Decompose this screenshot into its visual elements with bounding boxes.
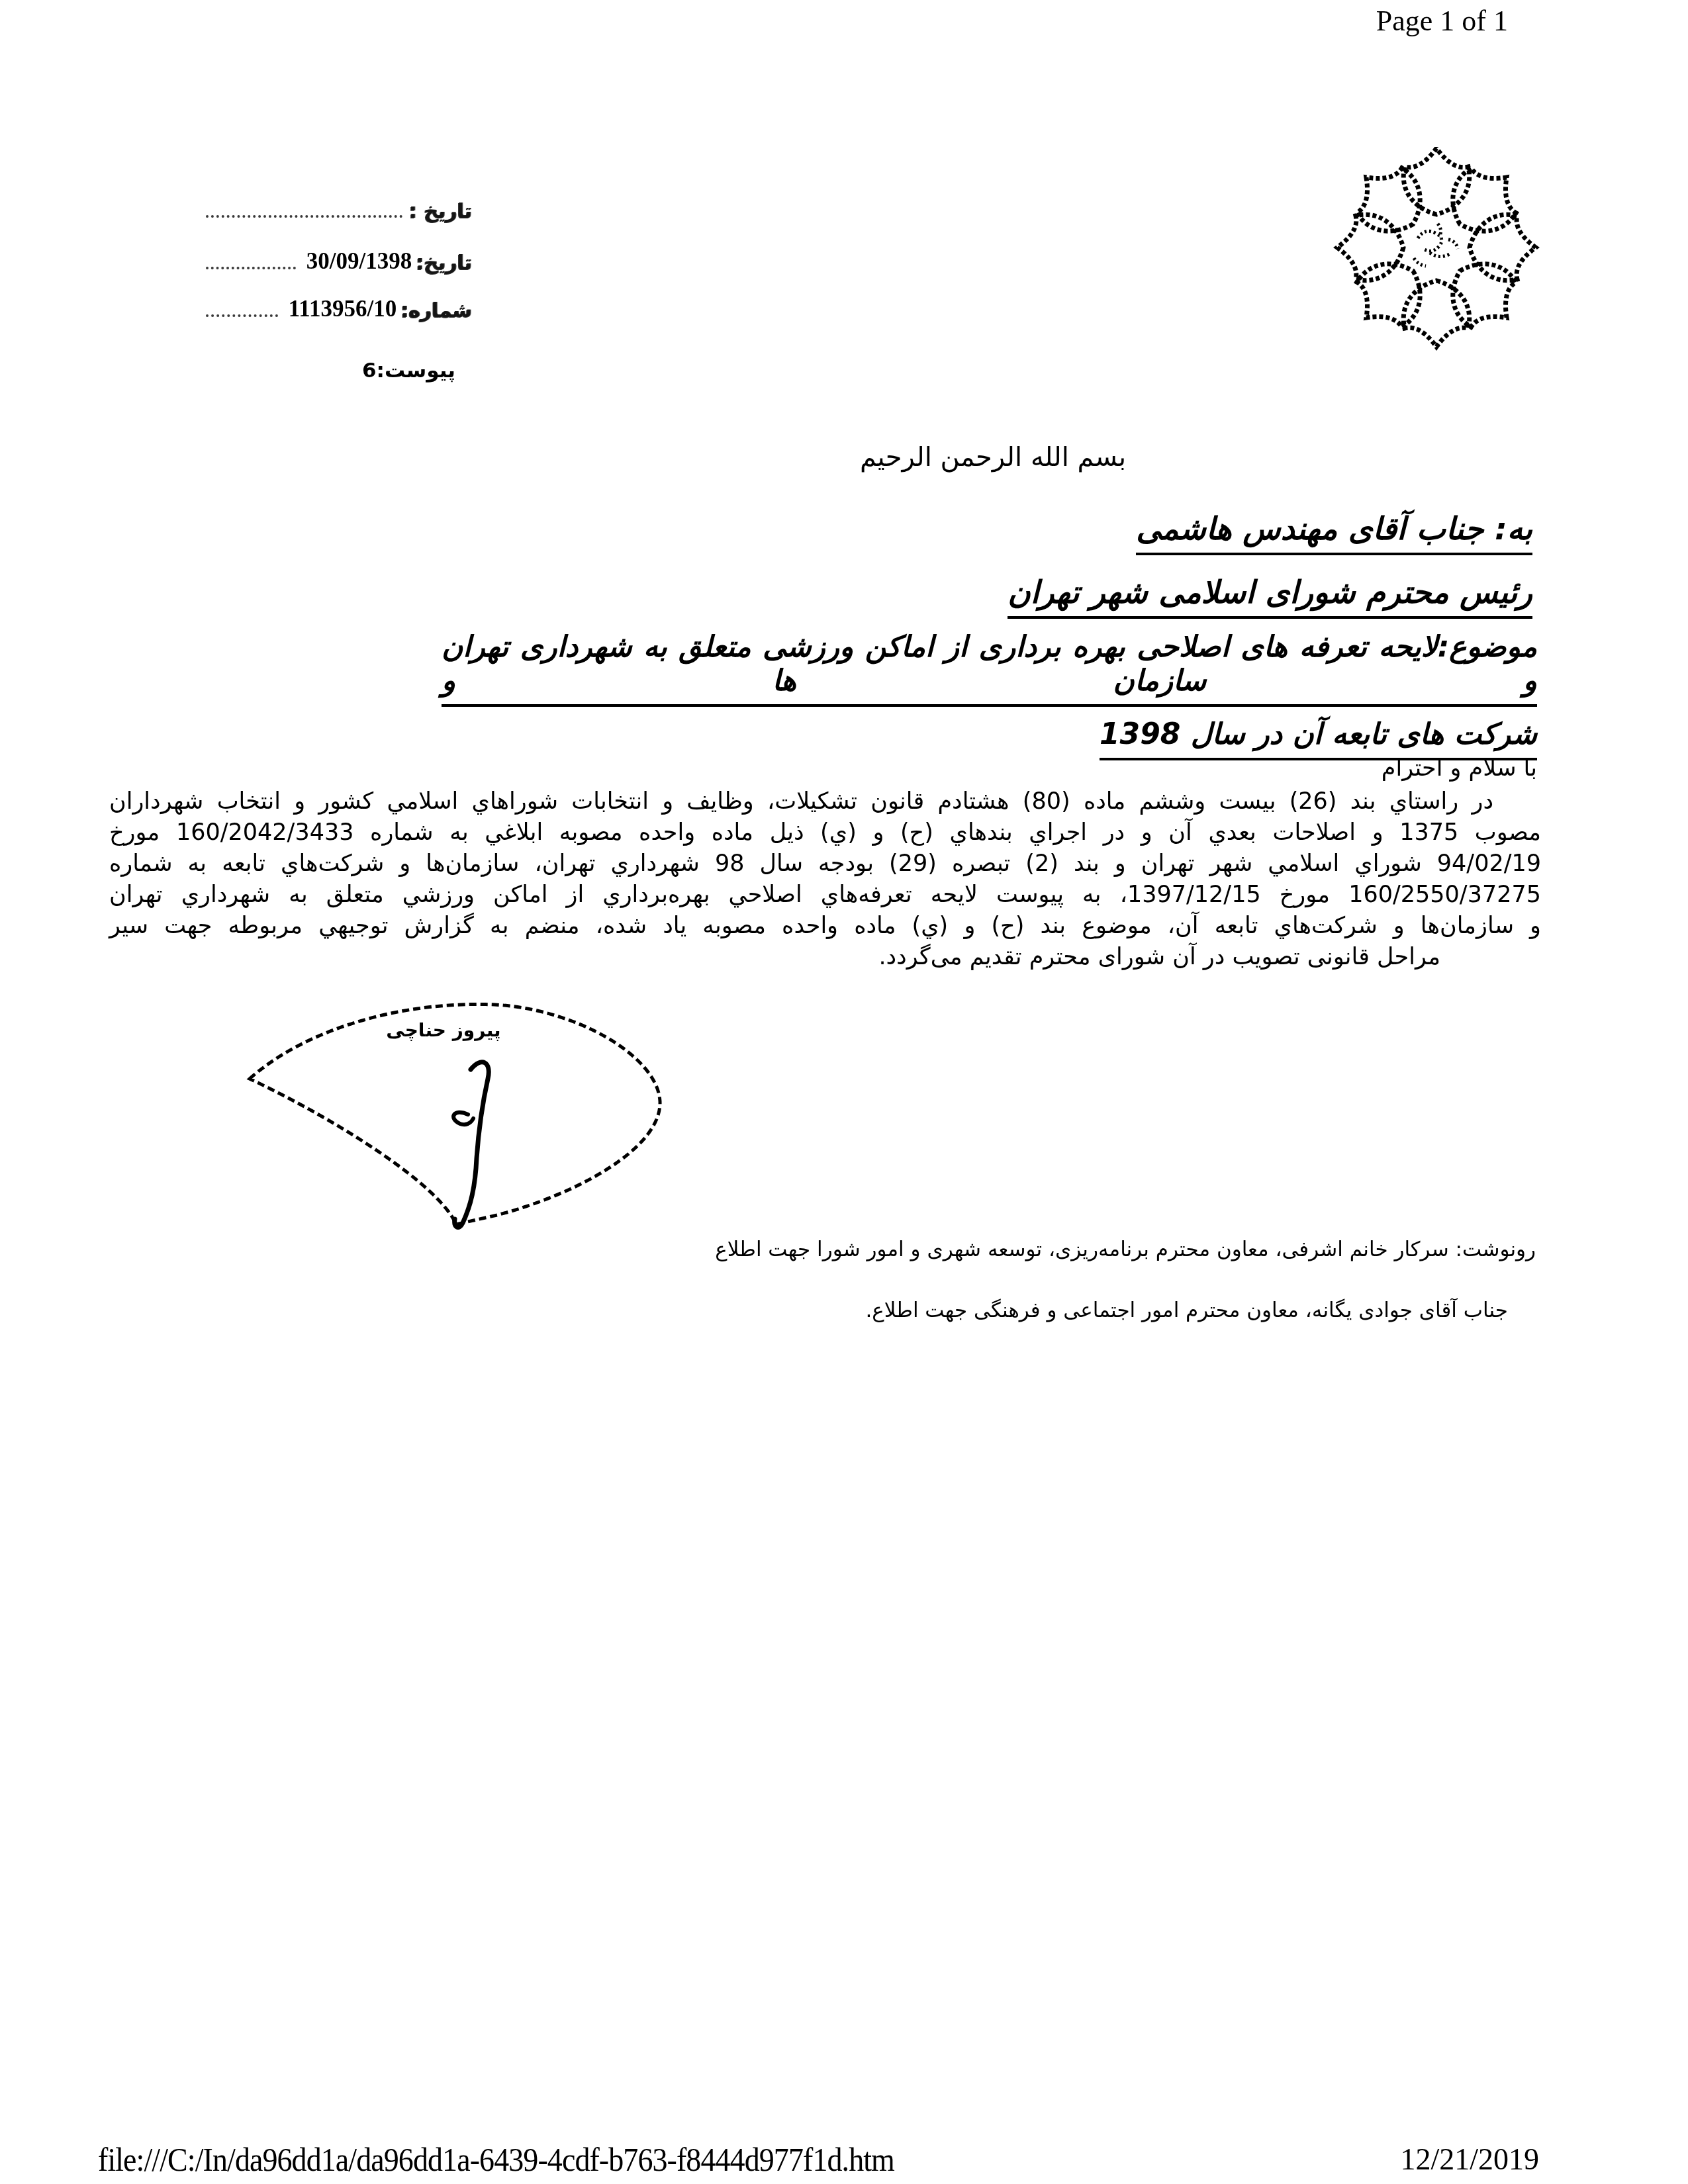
date-stamp-label: تاریخ :: [409, 200, 472, 223]
cc-line-2: جناب آقای جوادی یگانه، معاون محترم امور …: [865, 1298, 1508, 1322]
addressee-title-line: رئیس محترم شورای اسلامی شهر تهران: [1008, 574, 1532, 619]
date-value: 30/09/1398: [306, 248, 412, 275]
salutation-line: با سلام و احترام: [1382, 755, 1537, 782]
signature-pen-stroke: [455, 1062, 489, 1228]
body-line: مصوب 1375 و اصلاحات بعدي آن و در اجراي ب…: [109, 817, 1541, 848]
signatory-name: پیروز حناچی: [361, 1019, 526, 1041]
body-line: 160/2550/37275 مورخ 1397/12/15، به پیوست…: [109, 880, 1541, 911]
signature-pen-loop: [453, 1113, 473, 1124]
tehran-municipality-logo-icon: [1324, 147, 1549, 353]
letterhead-date-row: تاریخ: 30/09/1398: [206, 248, 472, 275]
subject-line-2-text: شرکت های تابعه آن در سال 1398: [1100, 717, 1537, 760]
subject-line-1: موضوع:لایحه تعرفه های اصلاحی بهره برداری…: [442, 630, 1537, 707]
cc-line-1: رونوشت: سرکار خانم اشرفی، معاون محترم بر…: [715, 1238, 1536, 1261]
number-value: 1113956/10: [289, 296, 397, 322]
subject-block: موضوع:لایحه تعرفه های اصلاحی بهره برداری…: [442, 630, 1537, 760]
body-line: در راستاي بند (26) بیست وششم ماده (80) ه…: [109, 786, 1541, 817]
dotted-leader: [206, 214, 402, 218]
body-line: و سازمان‌ها و شرکت‌هاي تابعه آن، موضوع ب…: [109, 911, 1541, 942]
emblem-calligraphy-scribble: [1414, 224, 1458, 266]
number-label: شماره:: [400, 299, 472, 322]
page-indicator: Page 1 of 1: [1376, 4, 1508, 38]
addressee-name-line: به: جناب آقای مهندس هاشمی: [1136, 511, 1532, 555]
letterhead-date-stamp-row: تاریخ :: [206, 200, 472, 223]
addressee-title-text: رئیس محترم شورای اسلامی شهر تهران: [1008, 574, 1532, 619]
printed-letter-page: Page 1 of 1 تاریخ : تاریخ: 30/09/1398 شم…: [0, 0, 1688, 2184]
subject-line-2: شرکت های تابعه آن در سال 1398: [442, 717, 1537, 760]
addressee-name-text: به: جناب آقای مهندس هاشمی: [1136, 511, 1532, 555]
body-line: مراحل قانونی تصویب در آن شورای محترم تقد…: [109, 942, 1541, 973]
attachment-label: پیوست:: [377, 359, 455, 383]
letter-body: در راستاي بند (26) بیست وششم ماده (80) ه…: [109, 786, 1541, 973]
letterhead-number-row: شماره: 1113956/10: [206, 296, 472, 322]
footer-file-url: file:///C:/In/da96dd1a/da96dd1a-6439-4cd…: [98, 2140, 894, 2179]
footer-print-date: 12/21/2019: [1400, 2142, 1539, 2177]
date-label: تاریخ:: [416, 251, 472, 275]
bismillah-line: بسم الله الرحمن الرحیم: [854, 442, 1132, 473]
body-line: 94/02/19 شوراي اسلامي شهر تهران و بند (2…: [109, 848, 1541, 880]
dotted-leader: [206, 266, 296, 269]
letterhead-attachment-row: پیوست:6: [362, 359, 455, 383]
dotted-leader: [206, 314, 278, 317]
attachment-value: 6: [362, 359, 377, 383]
